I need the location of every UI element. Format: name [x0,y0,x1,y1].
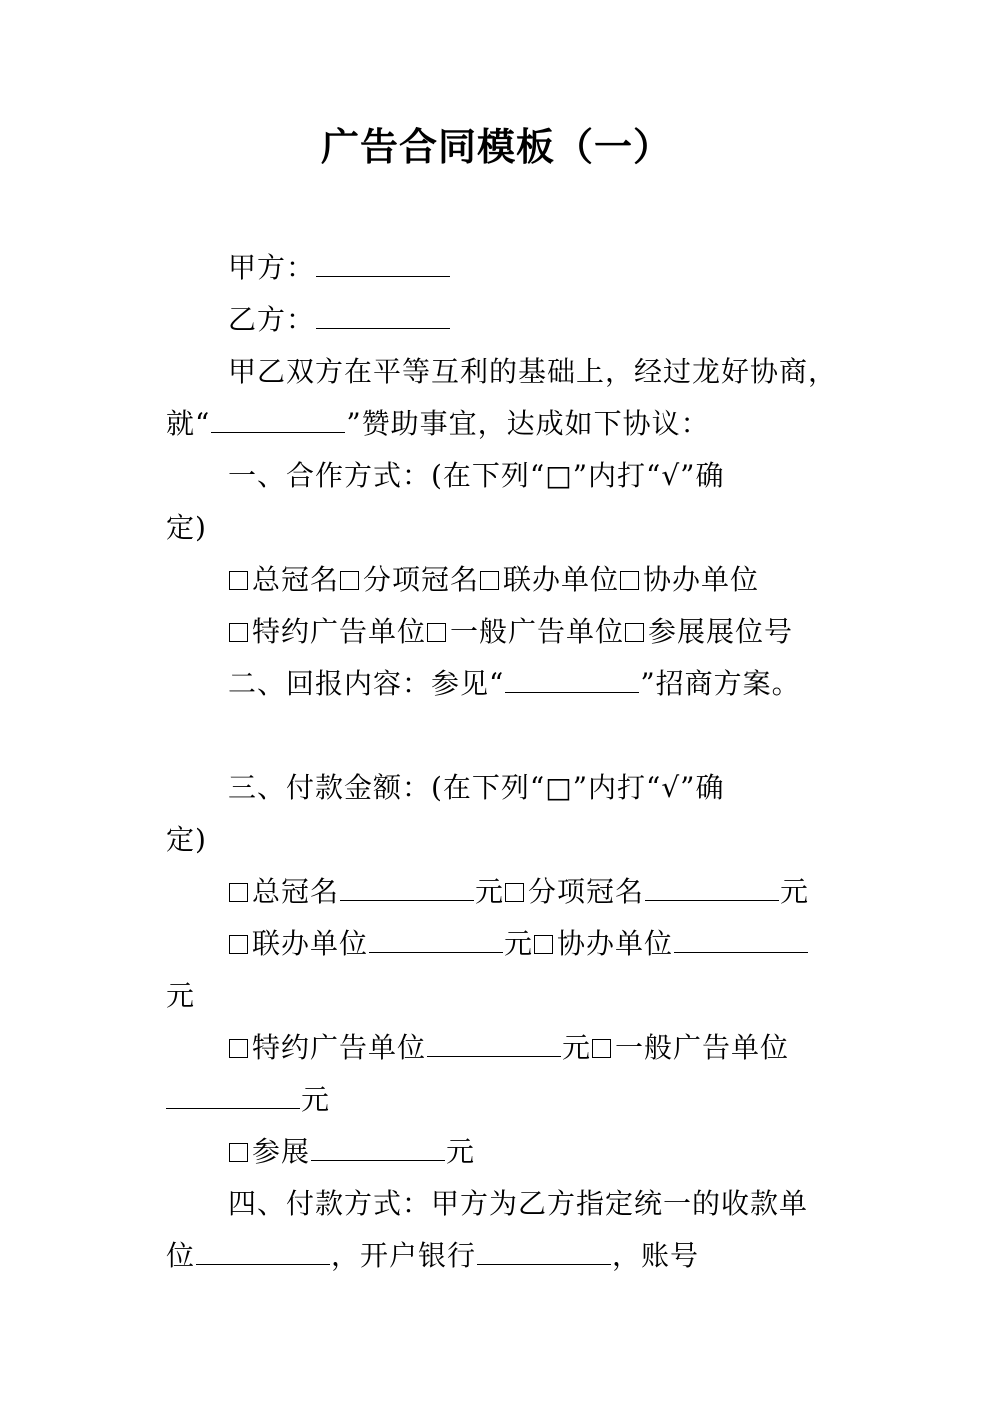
section2-prefix: 二、回报内容：参见“ [228,667,504,700]
checkbox-pay-special-advertiser[interactable] [229,1039,248,1058]
checkbox-assisting-organizer[interactable] [620,571,639,590]
checkbox-pay-co-organizer[interactable] [229,935,248,954]
bank-field[interactable] [477,1238,611,1265]
currency-label: 元 [301,1083,330,1116]
checkbox-pay-general-advertiser[interactable] [592,1039,611,1058]
pay-label-co-organizer: 联办单位 [252,927,368,960]
checkbox-pay-exhibition[interactable] [229,1143,248,1162]
party-b-field[interactable] [316,302,450,329]
section2-suffix: ”招商方案。 [640,667,800,700]
payment-row-4: 参展元 [228,1134,475,1170]
pay-label-title-sponsor: 总冠名 [252,875,339,908]
amount-title-sponsor-field[interactable] [340,874,474,901]
document-title: 广告合同模板（一） [0,122,993,172]
section1-heading: 一、合作方式：(在下列“□”内打“√”确 [228,458,724,494]
currency-label: 元 [780,875,809,908]
checkbox-pay-sub-title-sponsor[interactable] [505,883,524,902]
currency-label: 元 [475,875,504,908]
checkbox-special-advertiser[interactable] [229,623,248,642]
currency-label: 元 [504,927,533,960]
option-special-advertiser: 特约广告单位 [252,615,426,648]
payment-row-2: 联办单位元协办单位 [228,926,809,962]
checkbox-sub-title-sponsor[interactable] [340,571,359,590]
cooperation-options-row-2: 特约广告单位一般广告单位参展展位号 [228,614,793,650]
intro-prefix: 就“ [166,407,210,440]
amount-assisting-organizer-field[interactable] [674,926,808,953]
checkbox-exhibition-booth[interactable] [625,623,644,642]
option-sub-title-sponsor: 分项冠名 [363,563,479,596]
section3-heading-cont: 定) [166,822,207,858]
amount-co-organizer-field[interactable] [369,926,503,953]
pay-label-general-advertiser: 一般广告单位 [615,1031,789,1064]
party-b-line: 乙方： [228,302,451,338]
account-label: ，账号 [612,1239,699,1272]
payment-row-2-cont: 元 [166,978,195,1014]
option-co-organizer: 联办单位 [503,563,619,596]
currency-label: 元 [166,979,195,1012]
section3-heading: 三、付款金额：(在下列“□”内打“√”确 [228,770,724,806]
intro-suffix: ”赞助事宜，达成如下协议： [346,407,709,440]
option-general-advertiser: 一般广告单位 [450,615,624,648]
pay-label-special-advertiser: 特约广告单位 [252,1031,426,1064]
section4-line-2: 位，开户银行，账号 [166,1238,699,1274]
payment-row-3: 特约广告单位元一般广告单位 [228,1030,789,1066]
bank-label: ，开户银行 [331,1239,476,1272]
party-a-line: 甲方： [228,250,451,286]
amount-exhibition-field[interactable] [311,1134,445,1161]
checkbox-pay-title-sponsor[interactable] [229,883,248,902]
checkbox-general-advertiser[interactable] [427,623,446,642]
checkbox-title-sponsor[interactable] [229,571,248,590]
checkbox-co-organizer[interactable] [480,571,499,590]
option-assisting-organizer: 协办单位 [643,563,759,596]
sponsorship-event-field[interactable] [211,406,345,433]
payment-row-1: 总冠名元分项冠名元 [228,874,809,910]
amount-sub-title-sponsor-field[interactable] [645,874,779,901]
section4-line-1: 四、付款方式：甲方为乙方指定统一的收款单 [228,1186,808,1222]
amount-general-advertiser-field[interactable] [166,1082,300,1109]
currency-label: 元 [446,1135,475,1168]
amount-special-advertiser-field[interactable] [427,1030,561,1057]
pay-label-sub-title-sponsor: 分项冠名 [528,875,644,908]
intro-line-1: 甲乙双方在平等互利的基础上，经过龙好协商， [228,354,837,390]
pay-label-assisting-organizer: 协办单位 [557,927,673,960]
document-page: 广告合同模板（一） 甲方： 乙方： 甲乙双方在平等互利的基础上，经过龙好协商， … [0,0,993,1404]
cooperation-options-row-1: 总冠名分项冠名联办单位协办单位 [228,562,759,598]
checkbox-pay-assisting-organizer[interactable] [534,935,553,954]
payment-row-3-cont: 元 [166,1082,330,1118]
party-a-field[interactable] [316,250,450,277]
option-exhibition-booth: 参展展位号 [648,615,793,648]
intro-line-2: 就“”赞助事宜，达成如下协议： [166,406,710,442]
pay-label-exhibition: 参展 [252,1135,310,1168]
party-a-label: 甲方： [228,251,315,284]
payee-unit-field[interactable] [196,1238,330,1265]
investment-plan-field[interactable] [505,666,639,693]
section2-line: 二、回报内容：参见“”招商方案。 [228,666,801,702]
section4-prefix: 位 [166,1239,195,1272]
currency-label: 元 [562,1031,591,1064]
section1-heading-cont: 定) [166,510,207,546]
option-title-sponsor: 总冠名 [252,563,339,596]
party-b-label: 乙方： [228,303,315,336]
